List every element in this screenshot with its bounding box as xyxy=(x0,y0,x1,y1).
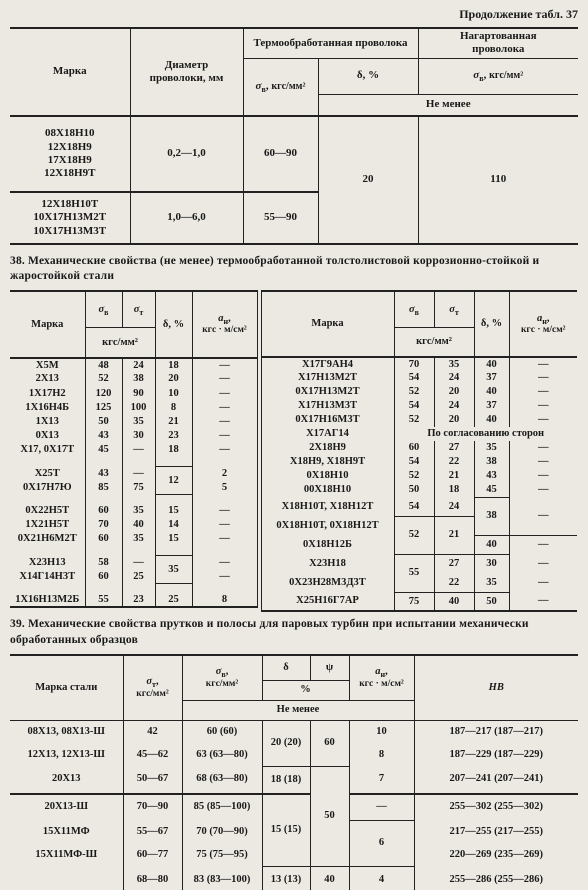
cell-delta: 40 xyxy=(474,357,509,371)
cell-hb: 255—302 (255—302) xyxy=(414,794,578,821)
table-row: 0Х21Н6М2Т603515— xyxy=(10,532,257,546)
header-not-less: Не менее xyxy=(182,701,414,721)
cell-impact: 8 xyxy=(192,593,257,607)
cell-impact: — xyxy=(509,455,577,469)
header-marka: Марка xyxy=(10,28,130,116)
a-n-symbol: aн, xyxy=(352,666,412,679)
cell-delta: 15 xyxy=(155,532,192,546)
cell-impact: — xyxy=(509,497,577,535)
cell-sigma-t: 68—80 xyxy=(123,867,182,890)
cell-impact: — xyxy=(192,443,257,457)
cell-delta: 10 xyxy=(155,387,192,401)
cell-sigma-v: 52 xyxy=(394,385,434,399)
cell-sigma-v: 50 xyxy=(394,483,434,497)
spacer xyxy=(10,546,85,555)
cell-sigma-v: 75 (75—95) xyxy=(182,844,262,867)
table-row: Х17Н13М3Т542437— xyxy=(261,399,577,413)
header-work-hardened-wire: Нагартованная проволока xyxy=(418,28,578,58)
cell-sigma-v: 54 xyxy=(394,497,434,516)
cell-delta: 35 xyxy=(474,441,509,455)
cell-delta: 23 xyxy=(155,429,192,443)
cell-impact: — xyxy=(509,385,577,399)
cell-impact: — xyxy=(509,592,577,611)
cell-sigma-t: 70—90 xyxy=(123,794,182,821)
table-row: Х5М482418— xyxy=(10,358,257,372)
table-row: Х14Г14Н3Т6025— xyxy=(10,570,257,584)
cell-delta: 18 xyxy=(155,358,192,372)
cell-impact: — xyxy=(192,415,257,429)
cell-impact: 5 xyxy=(192,481,257,495)
cell-impact: 7 xyxy=(349,767,414,794)
table-row: 2Х18Н9602735— xyxy=(261,441,577,455)
cell-hb: 255—286 (255—286) xyxy=(414,867,578,890)
spacer xyxy=(122,457,155,466)
table-38-left: Марка σв σт δ, % aн,кгс · м/см² кгс/мм² … xyxy=(10,290,258,608)
cell-delta: 43 xyxy=(474,469,509,483)
scanned-document-page: Продолжение табл. 37 Марка Диаметр прово… xyxy=(0,0,588,890)
spacer xyxy=(155,584,192,593)
cell-sigma-v: 45 xyxy=(85,443,122,457)
cell-sigma-v: 60 xyxy=(85,570,122,584)
cell-marka: 15Х11МФ xyxy=(10,821,123,844)
cell-sigma-v: 60 xyxy=(85,504,122,518)
table-row: Х17Н13М2Т542437— xyxy=(261,371,577,385)
header-marka: Марка стали xyxy=(10,655,123,721)
cell-delta: 20 xyxy=(318,116,418,244)
header-impact: aн,кгс · м/см² xyxy=(349,655,414,701)
cell-impact: — xyxy=(192,401,257,415)
spacer xyxy=(192,584,257,593)
cell-marka: 0Х22Н5Т xyxy=(10,504,85,518)
header-delta-pct: δ, % xyxy=(318,58,418,94)
header-percent: % xyxy=(262,681,349,701)
cell-sigma-v: 70 xyxy=(85,518,122,532)
subscript-t: т xyxy=(455,308,459,317)
cell-impact: — xyxy=(509,554,577,573)
cell-sigma-t: 22 xyxy=(434,455,474,469)
cell-impact: — xyxy=(509,357,577,371)
table-row: 1Х21Н5Т704014— xyxy=(10,518,257,532)
cell-sigma-v: 125 xyxy=(85,401,122,415)
unit-kgs-m-cm2: кгс · м/см² xyxy=(195,325,255,336)
cell-sigma-v: 55 xyxy=(85,593,122,607)
cell-sigma-v: 55 xyxy=(394,554,434,592)
header-sigma-v-unit: σв,кгс/мм² xyxy=(182,655,262,701)
cell-delta: 25 xyxy=(155,593,192,607)
cell-sigma-v: 70 xyxy=(394,357,434,371)
cell-sigma-t: — xyxy=(122,443,155,457)
sigma-v-symbol: σв, xyxy=(185,666,260,679)
cell-impact: — xyxy=(192,358,257,372)
cell-sigma-t: 38 xyxy=(122,372,155,386)
cell-impact: — xyxy=(509,441,577,455)
cell-sigma-t: 21 xyxy=(434,469,474,483)
spacer xyxy=(10,457,85,466)
cell-sigma-v: 54 xyxy=(394,399,434,413)
cell-marka: 2Х13 xyxy=(10,372,85,386)
cell-sigma-v: 60 (60) xyxy=(182,721,262,744)
table-row: Х18Н10Т, Х18Н12Т542438— xyxy=(261,497,577,516)
header-sigma-t: σт xyxy=(122,291,155,327)
header-sigma-v: σв xyxy=(394,291,434,327)
header-delta-pct: δ, % xyxy=(474,291,509,357)
cell-diameter: 1,0—6,0 xyxy=(130,192,243,244)
cell-delta: 12 xyxy=(155,466,192,494)
cell-impact: — xyxy=(192,532,257,546)
cell-marka: 0Х21Н6М2Т xyxy=(10,532,85,546)
cell-impact: 2 xyxy=(192,466,257,480)
cell-delta: 21 xyxy=(155,415,192,429)
header-kgs-mm2: кгс/мм² xyxy=(85,328,155,358)
header-impact: aн,кгс · м/см² xyxy=(192,291,257,358)
header-sigma-t-unit: σт,кгс/мм² xyxy=(123,655,182,721)
table-row: Марка σв σт δ, % aн,кгс · м/см² xyxy=(261,291,577,327)
comma: , xyxy=(266,80,269,92)
cell-delta: 40 xyxy=(474,535,509,554)
cell-psi: 60 xyxy=(310,721,349,767)
header-delta-pct: δ, % xyxy=(155,291,192,358)
cell-sigma-v: 75 xyxy=(394,592,434,611)
table-row: 00Х18Н10501845— xyxy=(261,483,577,497)
cell-sigma-v: 120 xyxy=(85,387,122,401)
unit-kgs-mm2: кгс/мм² xyxy=(126,689,180,701)
comma: , xyxy=(484,69,487,81)
section-38-title: 38. Механические свойства (не менее) тер… xyxy=(10,254,578,284)
spacer xyxy=(85,584,122,593)
cell-sigma-t: 35 xyxy=(122,504,155,518)
cell-sigma-t: 24 xyxy=(434,497,474,516)
cell-by-agreement: По согласованию сторон xyxy=(394,427,577,441)
table-row: 1Х17Н21209010— xyxy=(10,387,257,401)
cell-sigma-v: 50 xyxy=(85,415,122,429)
cell-marka: 2Х18Н9 xyxy=(261,441,394,455)
cell-marka: Х17Н13М2Т xyxy=(261,371,394,385)
header-sigma-t: σт xyxy=(434,291,474,327)
table-row: Марка стали σт,кгс/мм² σв,кгс/мм² δ ψ aн… xyxy=(10,655,578,681)
cell-sigma-v: 55—90 xyxy=(243,192,318,244)
cell-impact: 10 xyxy=(349,721,414,744)
cell-sigma-t: 21 xyxy=(434,516,474,554)
cell-sigma-v: 52 xyxy=(394,516,434,554)
spacer xyxy=(122,584,155,593)
cell-delta: 40 xyxy=(474,413,509,427)
header-marka: Марка xyxy=(261,291,394,357)
spacer xyxy=(192,546,257,555)
table-row: Марка Диаметр проволоки, мм Термообработ… xyxy=(10,28,578,58)
table-row: 0Х17Н13М2Т522040— xyxy=(261,385,577,399)
cell-delta: 15 xyxy=(155,504,192,518)
cell-impact: 4 xyxy=(349,867,414,890)
header-marka: Марка xyxy=(10,291,85,358)
cell-delta: 8 xyxy=(155,401,192,415)
cell-sigma-v: 54 xyxy=(394,371,434,385)
spacer-row xyxy=(10,546,257,555)
table-38-right: Марка σв σт δ, % aн,кгс · м/см² кгс/мм² … xyxy=(261,290,578,612)
cell-sigma-v: 58 xyxy=(85,556,122,570)
table-row: 1Х16Н4Б1251008— xyxy=(10,401,257,415)
table-row: 20Х1350—6768 (63—80)18 (18)507207—241 (2… xyxy=(10,767,578,794)
spacer xyxy=(10,495,85,504)
cell-marka: Х18Н9, Х18Н9Т xyxy=(261,455,394,469)
cell-marka: Х23Н13 xyxy=(10,556,85,570)
cell-delta: 20 (20) xyxy=(262,721,310,767)
cell-sigma-v: 70 (70—90) xyxy=(182,821,262,844)
cell-marka: 1Х13 xyxy=(10,415,85,429)
table-row: 0Х13433023— xyxy=(10,429,257,443)
table-row: 0Х22Н5Т603515— xyxy=(10,504,257,518)
cell-marka: 0Х17Н16М3Т xyxy=(261,413,394,427)
cell-marka: 12Х13, 12Х13-Ш xyxy=(10,744,123,767)
unit-kgs-m-cm2: кгс · м/см² xyxy=(512,325,576,336)
cell-sigma-v: 54 xyxy=(394,455,434,469)
unit-kgs-m-cm2: кгс · м/см² xyxy=(352,679,412,691)
cell-sigma-t: 40 xyxy=(122,518,155,532)
cell-marka: 0Х18Н10 xyxy=(261,469,394,483)
cell-marka: 1Х17Н2 xyxy=(10,387,85,401)
cell-sigma-t: 23 xyxy=(122,593,155,607)
cell-sigma-v: 85 (85—100) xyxy=(182,794,262,821)
cell-marka: 1Х21Н5Т xyxy=(10,518,85,532)
a-n-symbol: aн, xyxy=(512,313,576,325)
cell-impact: — xyxy=(192,570,257,584)
cell-delta: 18 xyxy=(155,443,192,457)
cell-psi: 40 xyxy=(310,867,349,890)
cell-sigma-t: 35 xyxy=(122,415,155,429)
cell-sigma-v: 52 xyxy=(394,469,434,483)
cell-delta: 38 xyxy=(474,497,509,535)
table-row: 0Х18Н10522143— xyxy=(261,469,577,483)
cell-marka: Х14Г14Н3Т xyxy=(10,570,85,584)
header-not-less: Не менее xyxy=(318,94,578,116)
cell-sigma-t: 27 xyxy=(434,554,474,573)
header-heat-treated-wire: Термообработанная проволока xyxy=(243,28,418,58)
table-row: Х18Н9, Х18Н9Т542238— xyxy=(261,455,577,469)
table-row: 08Х18Н10 12Х18Н9 17Х18Н9 12Х18Н9Т 0,2—1,… xyxy=(10,116,578,192)
cell-delta: 18 (18) xyxy=(262,767,310,794)
cell-delta: 40 xyxy=(474,385,509,399)
header-wire-diameter: Диаметр проволоки, мм xyxy=(130,28,243,116)
cell-sigma-t: 30 xyxy=(122,429,155,443)
header-sigma-v-unit: σв, кгс/мм² xyxy=(418,58,578,94)
subscript-v: в xyxy=(104,308,108,317)
table-row: 1Х13503521— xyxy=(10,415,257,429)
spacer xyxy=(192,457,257,466)
cell-sigma-t: 55—67 xyxy=(123,821,182,844)
cell-impact: — xyxy=(509,483,577,497)
cell-marka: 20Х13 xyxy=(10,767,123,794)
cell-impact: — xyxy=(349,794,414,821)
header-psi: ψ xyxy=(310,655,349,681)
table-row: Х17АГ14По согласованию сторон xyxy=(261,427,577,441)
cell-sigma-t: 25 xyxy=(122,570,155,584)
subscript-t: т xyxy=(139,308,143,317)
cell-marka: Х25Н16Г7АР xyxy=(261,592,394,611)
cell-sigma-t: 22 xyxy=(434,573,474,592)
table-row: 0Х17Н7Ю85755 xyxy=(10,481,257,495)
header-impact: aн,кгс · м/см² xyxy=(509,291,577,357)
cell-delta: 45 xyxy=(474,483,509,497)
table-row: 68—8083 (83—100)13 (13)404255—286 (255—2… xyxy=(10,867,578,890)
cell-sigma-t: 40 xyxy=(434,592,474,611)
table-row: Х23Н1358—35— xyxy=(10,556,257,570)
cell-impact: — xyxy=(192,556,257,570)
cell-sigma-v: 52 xyxy=(394,413,434,427)
cell-sigma-t: 45—62 xyxy=(123,744,182,767)
table-row: Х23Н18552730— xyxy=(261,554,577,573)
cell-impact: — xyxy=(509,469,577,483)
cell-delta: 15 (15) xyxy=(262,794,310,867)
header-hb: НВ xyxy=(414,655,578,721)
spacer xyxy=(122,546,155,555)
cell-sigma-t: 100 xyxy=(122,401,155,415)
cell-marka xyxy=(10,867,123,890)
cell-impact: — xyxy=(192,518,257,532)
spacer-row xyxy=(10,495,257,504)
cell-sigma-v: 43 xyxy=(85,429,122,443)
cell-marka: 0Х23Н28М3Д3Т xyxy=(261,573,394,592)
cell-marka: 00Х18Н10 xyxy=(261,483,394,497)
cell-sigma-v: 68 (63—80) xyxy=(182,767,262,794)
spacer xyxy=(155,546,192,555)
spacer xyxy=(155,457,192,466)
cell-impact: — xyxy=(192,429,257,443)
cell-psi: 50 xyxy=(310,767,349,867)
cell-hb: 207—241 (207—241) xyxy=(414,767,578,794)
table-row: Х17Г9АН4703540— xyxy=(261,357,577,371)
cell-marka: 15Х11МФ-Ш xyxy=(10,844,123,867)
cell-delta: 37 xyxy=(474,371,509,385)
cell-impact: 6 xyxy=(349,821,414,867)
cell-marka: Х23Н18 xyxy=(261,554,394,573)
cell-marka: Х18Н10Т, Х18Н12Т xyxy=(261,497,394,516)
cell-marka: Х17Г9АН4 xyxy=(261,357,394,371)
unit-kgs-mm2: кгс/мм² xyxy=(271,81,305,92)
unit-kgs-mm2: кгс/мм² xyxy=(489,70,523,81)
table-row: 2Х13523820— xyxy=(10,372,257,386)
cell-impact: — xyxy=(192,504,257,518)
table-row: 0Х17Н16М3Т522040— xyxy=(261,413,577,427)
cell-sigma-t: 42 xyxy=(123,721,182,744)
cell-impact: — xyxy=(509,371,577,385)
cell-delta: 13 (13) xyxy=(262,867,310,890)
cell-marka: 0Х17Н7Ю xyxy=(10,481,85,495)
cell-marka: Х25Т xyxy=(10,466,85,480)
unit-kgs-mm2: кгс/мм² xyxy=(185,679,260,691)
cell-marka: 1Х16Н13М2Б xyxy=(10,593,85,607)
cell-marka: Х17АГ14 xyxy=(261,427,394,441)
subscript-v: в xyxy=(415,308,419,317)
cell-sigma-t: 20 xyxy=(434,413,474,427)
cell-sigma-t: 27 xyxy=(434,441,474,455)
cell-sigma-v: 60 xyxy=(394,441,434,455)
cell-marka: 20Х13-Ш xyxy=(10,794,123,821)
cell-marka: 0Х17Н13М2Т xyxy=(261,385,394,399)
cell-delta: 37 xyxy=(474,399,509,413)
cell-hb: 187—217 (187—217) xyxy=(414,721,578,744)
header-sigma-v: σв xyxy=(85,291,122,327)
spacer xyxy=(192,495,257,504)
cell-impact: 8 xyxy=(349,744,414,767)
section-39-title: 39. Механические свойства прутков и поло… xyxy=(10,617,578,647)
spacer-row xyxy=(10,584,257,593)
table-row: 08Х13, 08Х13-Ш4260 (60)20 (20)6010187—21… xyxy=(10,721,578,744)
spacer xyxy=(85,546,122,555)
table-37-wire-properties: Марка Диаметр проволоки, мм Термообработ… xyxy=(10,27,578,245)
cell-sigma-v: 52 xyxy=(85,372,122,386)
cell-sigma-v: 60—90 xyxy=(243,116,318,192)
spacer xyxy=(155,495,192,504)
spacer xyxy=(10,584,85,593)
spacer-row xyxy=(10,457,257,466)
cell-marka: Х17, 0Х17Т xyxy=(10,443,85,457)
cell-delta: 20 xyxy=(155,372,192,386)
cell-diameter: 0,2—1,0 xyxy=(130,116,243,192)
cell-sigma-t: 90 xyxy=(122,387,155,401)
table-39-turbine-bars: Марка стали σт,кгс/мм² σв,кгс/мм² δ ψ aн… xyxy=(10,654,578,890)
cell-impact: — xyxy=(509,535,577,554)
cell-impact: — xyxy=(509,413,577,427)
cell-sigma-t: 60—77 xyxy=(123,844,182,867)
cell-sigma-t: 75 xyxy=(122,481,155,495)
cell-sigma-v: 48 xyxy=(85,358,122,372)
cell-sigma-v: 83 (83—100) xyxy=(182,867,262,890)
spacer xyxy=(122,495,155,504)
cell-marka: 0Х18Н10Т, 0Х18Н12Т xyxy=(261,516,394,535)
cell-delta: 35 xyxy=(474,573,509,592)
cell-sigma-t: 24 xyxy=(122,358,155,372)
sigma-t-symbol: σт, xyxy=(126,676,180,689)
cell-sigma-v: 60 xyxy=(85,532,122,546)
cell-marka: Х5М xyxy=(10,358,85,372)
cell-marka: Х17Н13М3Т xyxy=(261,399,394,413)
cell-marka: 08Х13, 08Х13-Ш xyxy=(10,721,123,744)
cell-hb: 187—229 (187—229) xyxy=(414,744,578,767)
cell-delta: 14 xyxy=(155,518,192,532)
header-delta: δ xyxy=(262,655,310,681)
cell-sigma-t: 35 xyxy=(122,532,155,546)
cell-marka: 0Х18Н12Б xyxy=(261,535,394,554)
cell-delta: 30 xyxy=(474,554,509,573)
cell-sigma-v: 63 (63—80) xyxy=(182,744,262,767)
cell-impact: — xyxy=(509,399,577,413)
cell-sigma-t: — xyxy=(122,466,155,480)
cell-marka: 12Х18Н10Т 10Х17Н13М2Т 10Х17Н13М3Т xyxy=(10,192,130,244)
cell-sigma-t: 24 xyxy=(434,371,474,385)
spacer xyxy=(85,495,122,504)
cell-marka: 1Х16Н4Б xyxy=(10,401,85,415)
cell-impact: — xyxy=(192,387,257,401)
table-row: Х25Н16Г7АР754050— xyxy=(261,592,577,611)
cell-marka: 08Х18Н10 12Х18Н9 17Х18Н9 12Х18Н9Т xyxy=(10,116,130,192)
cell-sigma-t: 50—67 xyxy=(123,767,182,794)
cell-sigma-v: 43 xyxy=(85,466,122,480)
table-row: Х17, 0Х17Т45—18— xyxy=(10,443,257,457)
cell-sigma-t: 18 xyxy=(434,483,474,497)
header-sigma-v-unit: σв, кгс/мм² xyxy=(243,58,318,116)
table-row: Х25Т43—122 xyxy=(10,466,257,480)
table-row: Марка σв σт δ, % aн,кгс · м/см² xyxy=(10,291,257,327)
table-row: 1Х16Н13М2Б5523258 xyxy=(10,593,257,607)
a-n-symbol: aн, xyxy=(195,313,255,325)
cell-hardened-sigma-v: 110 xyxy=(418,116,578,244)
cell-sigma-t: 35 xyxy=(434,357,474,371)
table-continuation-caption: Продолжение табл. 37 xyxy=(0,0,588,25)
table-row: 20Х13-Ш70—9085 (85—100)15 (15)—255—302 (… xyxy=(10,794,578,821)
cell-sigma-t: — xyxy=(122,556,155,570)
cell-sigma-v: 85 xyxy=(85,481,122,495)
cell-hb: 220—269 (235—269) xyxy=(414,844,578,867)
spacer xyxy=(85,457,122,466)
